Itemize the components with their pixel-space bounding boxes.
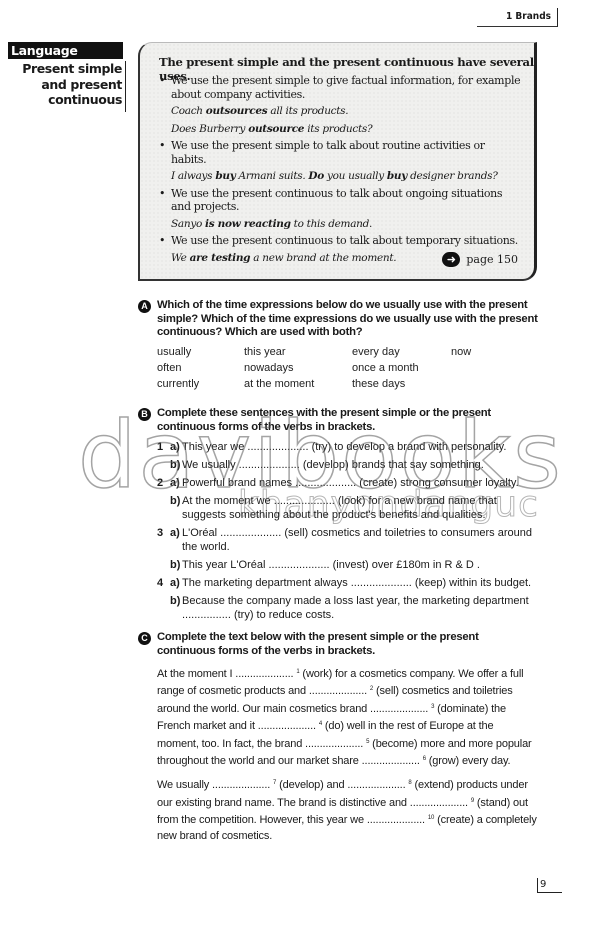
sentence-text: The marketing department always ........… [182, 577, 531, 589]
page-reference-text: page 150 [466, 253, 518, 266]
item-number: 2 [157, 476, 163, 490]
sentence-item: b)This year L'Oréal ....................… [157, 558, 538, 572]
time-expression [451, 362, 511, 374]
sentence-text: We usually .................... (develop… [182, 459, 484, 471]
gap-fill-paragraph: We usually .................... 7 (devel… [157, 776, 538, 844]
item-letter: a) [170, 526, 180, 540]
section-tag: Language review [8, 42, 123, 59]
grammar-rule: We use the present continuous to talk ab… [159, 234, 522, 248]
item-letter: b) [170, 458, 180, 472]
gap-number: 8 [408, 780, 411, 786]
unit-header: 1 Brands [477, 8, 558, 27]
exercise-instruction: Complete these sentences with the presen… [157, 407, 538, 434]
gap-number: 1 [296, 669, 299, 675]
gap-number: 3 [431, 704, 434, 710]
gap-number: 10 [428, 815, 434, 821]
time-expressions-grid: usuallythis yearevery daynowoftennowaday… [157, 346, 538, 390]
time-expression: these days [352, 378, 451, 390]
sentence-item: b)At the moment we .................... … [157, 494, 538, 522]
grammar-rule: We use the present continuous to talk ab… [159, 187, 522, 214]
highlighted-verb: buy [215, 170, 235, 182]
item-letter: a) [170, 440, 180, 454]
sentence-text: Powerful brand names ...................… [182, 477, 519, 489]
sentence-item: 3a)L'Oréal .................... (sell) c… [157, 526, 538, 554]
item-number: 1 [157, 440, 163, 454]
item-letter: b) [170, 594, 180, 608]
time-expression: usually [157, 346, 244, 358]
sentences-list: 1a)This year we .................... (tr… [157, 440, 538, 622]
grammar-rule: We use the present simple to give factua… [159, 74, 522, 101]
topic-line: Present simple [8, 61, 122, 77]
topic-line: continuous [8, 92, 122, 108]
gap-number: 5 [366, 739, 369, 745]
item-letter: b) [170, 558, 180, 572]
gap-number: 9 [471, 798, 474, 804]
time-expression: every day [352, 346, 451, 358]
exercise-badge: C [138, 632, 151, 645]
time-expression: at the moment [244, 378, 352, 390]
arrow-right-circle-icon: ➜ [442, 252, 460, 267]
time-expression: currently [157, 378, 244, 390]
sentence-text: Because the company made a loss last yea… [182, 595, 529, 621]
sentence-text: L'Oréal .................... (sell) cosm… [182, 527, 532, 553]
example-sentence: Does Burberry outsource its products? [171, 123, 522, 137]
gap-number: 4 [319, 721, 322, 727]
exercise-badge: B [138, 408, 151, 421]
time-expression: now [451, 346, 511, 358]
example-sentence: Sanyo is now reacting to this demand. [171, 218, 522, 232]
exercise-badge: A [138, 300, 151, 313]
item-number: 3 [157, 526, 163, 540]
exercise-a: A Which of the time expressions below do… [138, 299, 538, 390]
highlighted-verb: is now reacting [205, 218, 291, 230]
sentence-text: This year L'Oréal .................... (… [182, 559, 480, 571]
time-expression: once a month [352, 362, 451, 374]
exercise-c: C Complete the text below with the prese… [138, 631, 538, 844]
gap-fill-paragraph: At the moment I .................... 1 (… [157, 665, 538, 769]
sentence-text: At the moment we .................... (l… [182, 495, 497, 521]
gap-number: 2 [370, 686, 373, 692]
sentence-text: This year we .................... (try) … [182, 441, 506, 453]
sentence-item: 2a)Powerful brand names ................… [157, 476, 538, 490]
example-sentence: Coach outsources all its products. [171, 105, 522, 119]
sentence-item: 4a)The marketing department always .....… [157, 576, 538, 590]
page-number: 9 [537, 878, 562, 893]
example-sentence: I always buy Armani suits. Do you usuall… [171, 170, 522, 184]
exercise-instruction: Complete the text below with the present… [157, 631, 538, 658]
highlighted-verb: outsource [248, 123, 304, 135]
grammar-rules-list: We use the present simple to give factua… [159, 71, 522, 265]
grammar-box: The present simple and the present conti… [138, 42, 537, 281]
highlighted-verb: outsources [206, 105, 268, 117]
time-expression: nowadays [244, 362, 352, 374]
time-expression: often [157, 362, 244, 374]
page-reference-link[interactable]: ➜ page 150 [442, 252, 518, 267]
highlighted-verb: are testing [190, 252, 251, 264]
highlighted-verb: buy [387, 170, 407, 182]
item-letter: a) [170, 476, 180, 490]
gap-number: 6 [423, 756, 426, 762]
item-letter: b) [170, 494, 180, 508]
topic-line: and present [8, 77, 122, 93]
gap-number: 7 [273, 780, 276, 786]
exercise-instruction: Which of the time expressions below do w… [157, 299, 538, 340]
sentence-item: 1a)This year we .................... (tr… [157, 440, 538, 454]
grammar-rule: We use the present simple to talk about … [159, 139, 522, 166]
highlighted-verb: Do [308, 170, 324, 182]
item-letter: a) [170, 576, 180, 590]
time-expression: this year [244, 346, 352, 358]
topic-title: Present simple and present continuous [8, 61, 126, 112]
sentence-item: b)Because the company made a loss last y… [157, 594, 538, 622]
time-expression [451, 378, 511, 390]
sentence-item: b)We usually .................... (devel… [157, 458, 538, 472]
item-number: 4 [157, 576, 163, 590]
exercise-b: B Complete these sentences with the pres… [138, 407, 538, 622]
